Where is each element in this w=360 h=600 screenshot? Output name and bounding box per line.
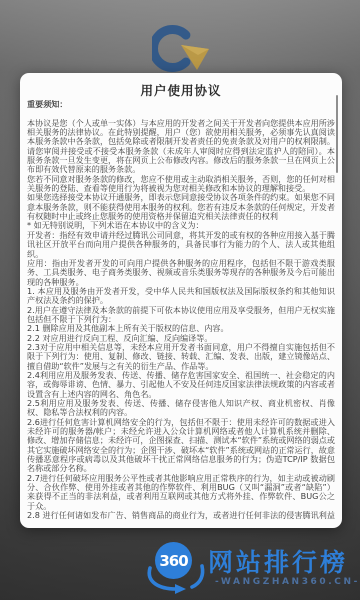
agreement-paragraph: 应用：指由开发者开发的可向用户提供各种服务的应用程序，包括但不限于游戏类服务、工… [27,259,335,287]
agreement-paragraphs: 本协议是您（个人或单一实体）与本应用的开发者之间关于开发者向您提供本应用所涉相关… [27,119,335,520]
watermark-swoosh-arrow-icon [143,560,207,598]
agreement-paragraph: 2.4利用应用及服务发表、传送、传播、储存危害国家安全、祖国统一、社会稳定的内容… [27,371,335,399]
app-logo-icon [152,24,212,76]
dialog-title: 用户使用协议 [20,81,342,99]
agreement-paragraph: 如果您选择接受本协议开通服务，即表示您同意接受协议各项条件的约束。如果您不同意本… [27,193,335,221]
agreement-paragraph: 2.5利用应用及服务发表、传送、传播、储存侵害他人知识产权、商业机密权、肖像权、… [27,399,335,418]
agreement-paragraph: 本协议是您（个人或单一实体）与本应用的开发者之间关于开发者向您提供本应用所涉相关… [27,119,335,175]
agreement-paragraph: 2.用户在遵守法律及本条款的前提下可依本协议使用应用及享受服务，但用户无权实施包… [27,306,335,325]
agreement-text-scroll-area[interactable]: 重要须知： 本协议是您（个人或单一实体）与本应用的开发者之间关于开发者向您提供本… [27,100,335,520]
watermark: 360 网站排行榜 -WANGZHAN360.CN- [0,538,360,600]
watermark-site-url: -WANGZHAN360.CN- [215,577,360,587]
agreement-paragraph: 2.3对于应用中相关信息等，未经本应用开发者书面同意，用户不得擅自实施包括但不限… [27,343,335,371]
user-agreement-dialog: 用户使用协议 重要须知： 本协议是您（个人或单一实体）与本应用的开发者之间关于开… [20,73,342,528]
agreement-paragraph: 2.8 进行任何诸如发布广告、销售商品的商业行为，或者进行任何非法的侵害腾讯利益… [27,511,335,520]
scrollbar-thumb[interactable] [336,95,339,173]
agreement-paragraph: 2.6进行任何危害计算机网络安全的行为，包括但不限于：使用未经许可的数据或进入未… [27,418,335,474]
watermark-site-name: 网站排行榜 [208,543,360,579]
screen: { "dialog": { "title": "用户使用协议", "notice… [0,0,360,600]
notice-heading: 重要须知： [27,100,335,109]
agreement-paragraph: 1. 本应用及服务由开发者开发，受中华人民共和国版权法及国际版权条约和其他知识产… [27,287,335,306]
agreement-paragraph: 开发者：指经有效申请并经过腾讯公司同意，将其开发的或有权的各种应用接入基于腾讯社… [27,231,335,259]
agreement-paragraph: 您若不同意对服务条款的修改，您应不使用或主动取消相关服务，否则，您的任何对相关服… [27,175,335,194]
agreement-paragraph: 2.7进行任何破坏应用服务公平性或者其他影响应用正常秩序的行为，如主动或被动刷分… [27,474,335,511]
